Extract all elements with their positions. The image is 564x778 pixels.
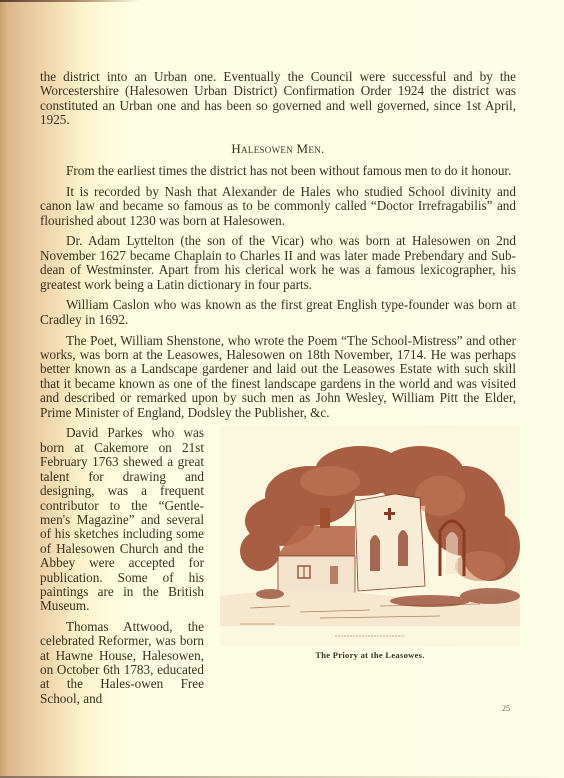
page-content: the district into an Urban one. Eventual… [40, 70, 516, 686]
page-number: 25 [502, 704, 510, 713]
priory-figure: The Priory at the Leasowes. [220, 426, 520, 662]
paragraph-alexander-de-hales: It is recorded by Nash that Alexander de… [40, 185, 516, 228]
paragraph-famous-men: From the earliest times the district has… [40, 164, 516, 178]
column-with-figure: David Parkes who was born at Cakemore on… [40, 426, 516, 686]
left-column: David Parkes who was born at Cakemore on… [40, 426, 204, 712]
paragraph-william-shenstone: The Poet, William Shenstone, who wrote t… [40, 334, 516, 420]
paragraph-thomas-attwood: Thomas Attwood, the celebrated Reformer,… [40, 620, 204, 706]
figure-caption: The Priory at the Leasowes. [220, 648, 520, 662]
section-heading: Halesowen Men. [40, 142, 516, 156]
paragraph-william-caslon: William Caslon who was known as the firs… [40, 298, 516, 327]
paragraph-urban-district: the district into an Urban one. Eventual… [40, 70, 516, 128]
paragraph-adam-lyttelton: Dr. Adam Lyttelton (the son of the Vicar… [40, 234, 516, 292]
priory-illustration [220, 426, 520, 646]
book-page: the district into an Urban one. Eventual… [0, 0, 564, 778]
page-top-edge [0, 0, 140, 2]
paragraph-david-parkes: David Parkes who was born at Cakemore on… [40, 426, 204, 613]
